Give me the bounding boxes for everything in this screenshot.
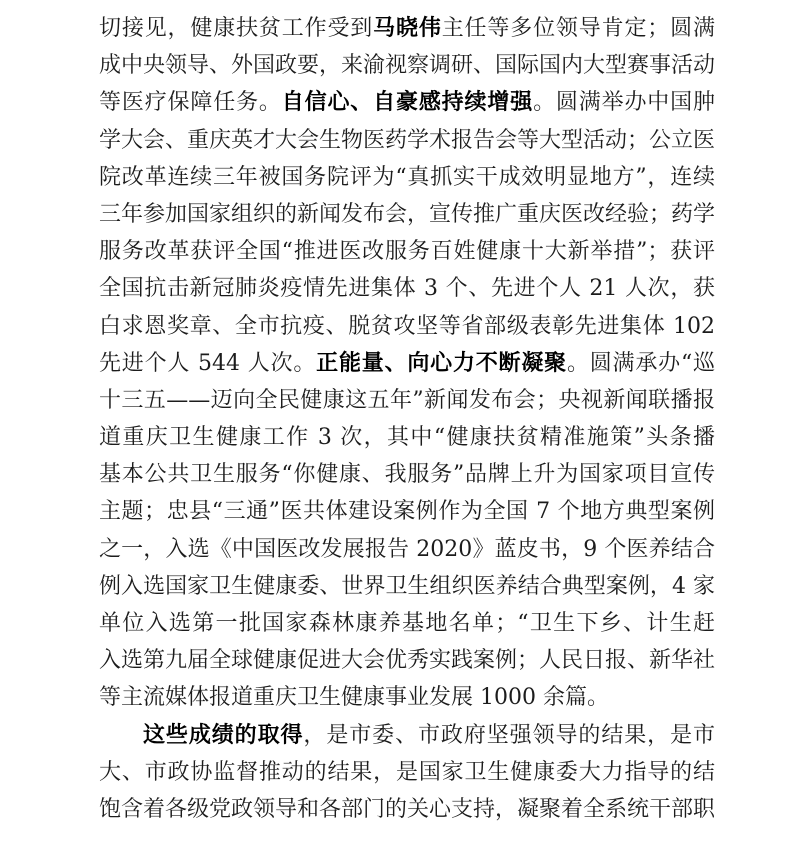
text-run: 主题；忠县“三通”医共体建设案例作为全国 7 个地方典型案例	[99, 499, 715, 524]
text-run: 三年参加国家组织的新闻发布会，宣传推广重庆医改经验；药学	[99, 202, 715, 227]
text-run: 例入选国家卫生健康委、世界卫生组织医养结合典型案例，4 家	[99, 574, 715, 599]
text-line: 全国抗击新冠肺炎疫情先进集体 3 个、先进个人 21 人次，获评	[99, 270, 715, 307]
bold-text-run: 马晓伟	[373, 16, 442, 41]
text-run: 十三五——迈向全民健康这五年”新闻发布会；央视新闻联播报	[99, 388, 715, 413]
text-run: 之一，入选《中国医改发展报告 2020》蓝皮书，9 个医养结合案	[99, 537, 715, 568]
text-line: 之一，入选《中国医改发展报告 2020》蓝皮书，9 个医养结合案	[99, 531, 715, 568]
document-text-block: 切接见，健康扶贫工作受到马晓伟主任等多位领导肯定；圆满完成中央领导、外国政要，来…	[99, 10, 715, 828]
text-line: 入选第九届全球健康促进大会优秀实践案例；人民日报、新华社	[99, 642, 715, 679]
text-line: 这些成绩的取得，是市委、市政府坚强领导的结果，是市人	[99, 717, 715, 754]
text-line: 先进个人 544 人次。正能量、向心力不断凝聚。圆满承办“巡礼	[99, 345, 715, 382]
text-line: 单位入选第一批国家森林康养基地名单；“卫生下乡、计生赶场”	[99, 605, 715, 642]
text-line: 成中央领导、外国政要，来渝视察调研、国际国内大型赛事活动	[99, 47, 715, 84]
text-run: 入选第九届全球健康促进大会优秀实践案例；人民日报、新华社	[99, 648, 715, 673]
text-run: 等主流媒体报道重庆卫生健康事业发展 1000 余篇。	[99, 685, 609, 710]
text-line: 等医疗保障任务。自信心、自豪感持续增强。圆满举办中国肿瘤	[99, 84, 715, 121]
text-run: 成中央领导、外国政要，来渝视察调研、国际国内大型赛事活动	[99, 53, 715, 78]
text-line: 等主流媒体报道重庆卫生健康事业发展 1000 余篇。	[99, 679, 715, 716]
text-run: 服务改革获评全国“推进医改服务百姓健康十大新举措”；获评	[99, 239, 715, 264]
text-run: 饱含着各级党政领导和各部门的关心支持，凝聚着全系统干部职	[99, 797, 715, 822]
document-page: 切接见，健康扶贫工作受到马晓伟主任等多位领导肯定；圆满完成中央领导、外国政要，来…	[0, 0, 793, 848]
text-line: 饱含着各级党政领导和各部门的关心支持，凝聚着全系统干部职	[99, 791, 715, 828]
text-run: 切接见，健康扶贫工作受到	[99, 16, 373, 41]
bold-text-run: 正能量、向心力不断凝聚	[316, 351, 567, 376]
text-line: 主题；忠县“三通”医共体建设案例作为全国 7 个地方典型案例	[99, 493, 715, 530]
text-run: 基本公共卫生服务“你健康、我服务”品牌上升为国家项目宣传	[99, 462, 715, 487]
bold-text-run: 自信心、自豪感持续增强	[282, 90, 533, 115]
text-run: 先进个人 544 人次。	[99, 351, 316, 376]
text-line: 大、市政协监督推动的结果，是国家卫生健康委大力指导的结果，	[99, 754, 715, 791]
text-line: 切接见，健康扶贫工作受到马晓伟主任等多位领导肯定；圆满完	[99, 10, 715, 47]
text-line: 白求恩奖章、全市抗疫、脱贫攻坚等省部级表彰先进集体 102 个、	[99, 308, 715, 345]
text-line: 十三五——迈向全民健康这五年”新闻发布会；央视新闻联播报	[99, 382, 715, 419]
text-line: 例入选国家卫生健康委、世界卫生组织医养结合典型案例，4 家	[99, 568, 715, 605]
text-line: 基本公共卫生服务“你健康、我服务”品牌上升为国家项目宣传	[99, 456, 715, 493]
text-run: 学大会、重庆英才大会生物医药学术报告会等大型活动；公立医	[99, 128, 715, 153]
text-run: 等医疗保障任务。	[99, 90, 282, 115]
text-run: 全国抗击新冠肺炎疫情先进集体 3 个、先进个人 21 人次，获评	[99, 276, 715, 307]
text-run: 道重庆卫生健康工作 3 次，其中“健康扶贫精准施策”头条播放；	[99, 425, 715, 456]
text-line: 院改革连续三年被国务院评为“真抓实干成效明显地方”，连续	[99, 159, 715, 196]
text-run: 院改革连续三年被国务院评为“真抓实干成效明显地方”，连续	[99, 165, 715, 190]
text-run: 单位入选第一批国家森林康养基地名单；“卫生下乡、计生赶场”	[99, 611, 715, 642]
text-line: 三年参加国家组织的新闻发布会，宣传推广重庆医改经验；药学	[99, 196, 715, 233]
text-line: 服务改革获评全国“推进医改服务百姓健康十大新举措”；获评	[99, 233, 715, 270]
bold-text-run: 这些成绩的取得	[143, 723, 303, 748]
text-run: 大、市政协监督推动的结果，是国家卫生健康委大力指导的结果，	[99, 760, 715, 791]
text-line: 道重庆卫生健康工作 3 次，其中“健康扶贫精准施策”头条播放；	[99, 419, 715, 456]
text-line: 学大会、重庆英才大会生物医药学术报告会等大型活动；公立医	[99, 122, 715, 159]
text-run: 白求恩奖章、全市抗疫、脱贫攻坚等省部级表彰先进集体 102 个、	[99, 314, 715, 345]
